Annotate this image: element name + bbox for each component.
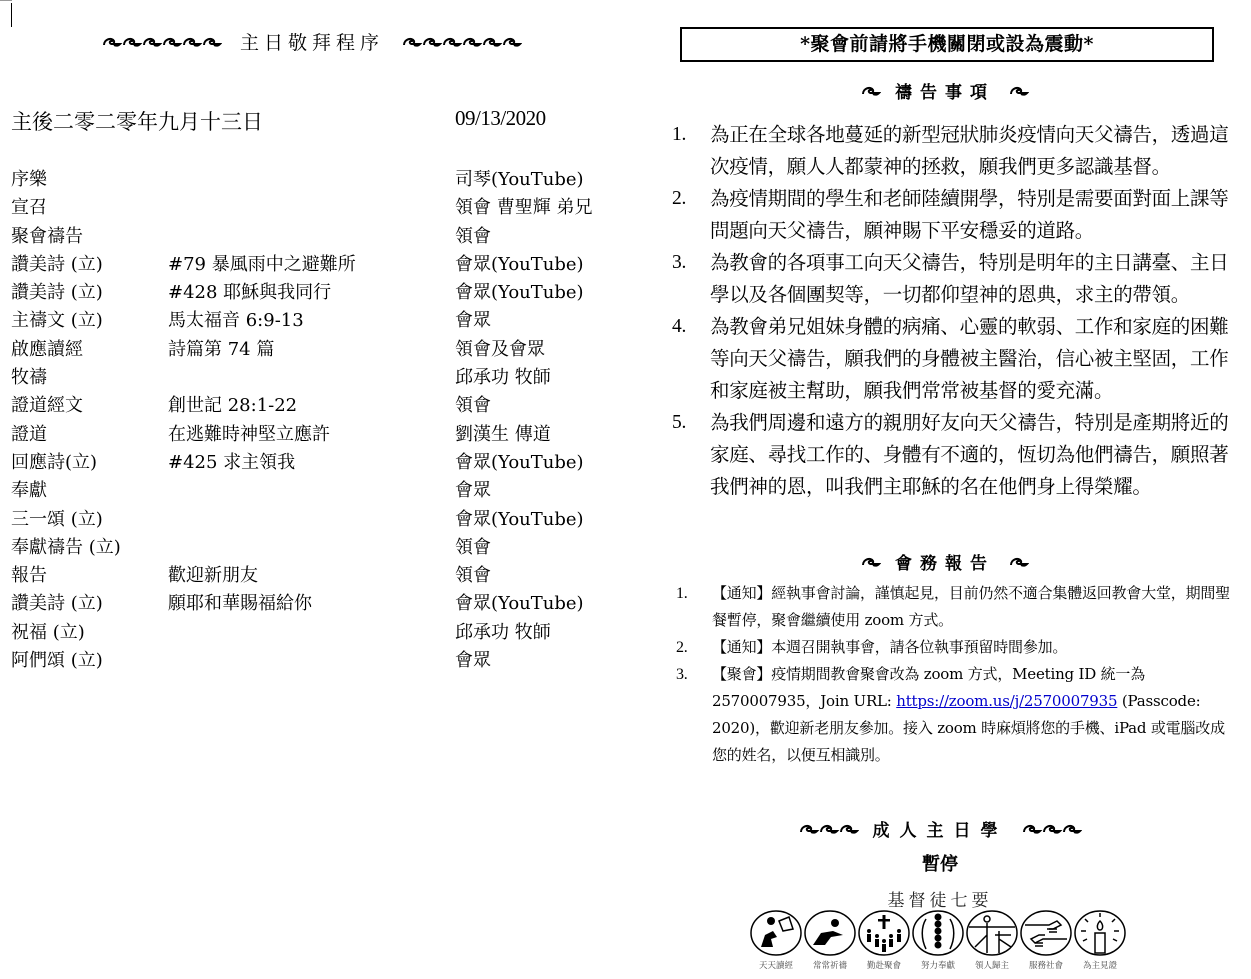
scroll-ornament-icon bbox=[102, 35, 222, 49]
program-item: 報告 bbox=[11, 562, 47, 590]
program-row: 三一頌 (立)會眾(YouTube) bbox=[11, 506, 631, 534]
affairs-text: 【通知】本週召開執事會，請各位執事預留時間參加。 bbox=[712, 638, 1067, 656]
phone-notice-box: *聚會前請將手機關閉或設為震動* bbox=[680, 27, 1214, 62]
program-row: 奉獻會眾 bbox=[11, 477, 631, 505]
program-item: 奉獻 bbox=[11, 477, 47, 505]
program-content: 詩篇第 74 篇 bbox=[168, 336, 274, 364]
program-row: 祝福 (立)邱承功 牧師 bbox=[11, 619, 631, 647]
affairs-title: 會務報告 bbox=[895, 549, 995, 574]
program-leader: 領會及會眾 bbox=[455, 336, 545, 364]
program-leader: 會眾 bbox=[455, 647, 491, 675]
essential-item: 勤赴聚會 bbox=[857, 909, 911, 971]
program-leader: 邱承功 牧師 bbox=[455, 619, 551, 647]
program-leader: 會眾(YouTube) bbox=[455, 279, 584, 307]
bulletin-page: 主日敬拜程序 主後二零二零年九月十三日 09/13/2020 序樂司琴(YouT… bbox=[0, 0, 1251, 979]
program-row: 讚美詩 (立)#79 暴風雨中之避難所會眾(YouTube) bbox=[11, 251, 631, 279]
program-item: 宣召 bbox=[11, 194, 47, 222]
program-item: 回應詩(立) bbox=[11, 449, 97, 477]
program-content: 馬太福音 6:9-13 bbox=[168, 307, 304, 335]
essential-label: 領人歸主 bbox=[975, 959, 1009, 971]
essential-item: 領人歸主 bbox=[965, 909, 1019, 971]
essential-label: 常常祈禱 bbox=[813, 959, 847, 971]
prayer-text: 為教會的各項事工向天父禱告，特別是明年的主日講臺、主日學以及各個團契等，一切都仰… bbox=[710, 251, 1228, 306]
program-leader: 會眾(YouTube) bbox=[455, 251, 584, 279]
program-leader: 會眾(YouTube) bbox=[455, 449, 584, 477]
prayer-item: 2.為疫情期間的學生和老師陸續開學，特別是需要面對面上課等問題向天父禱告，願神賜… bbox=[672, 183, 1247, 247]
essential-item: 常常祈禱 bbox=[803, 909, 857, 971]
evangelism-icon bbox=[965, 909, 1019, 957]
affairs-item: 3.【聚會】疫情期間教會聚會改為 zoom 方式，Meeting ID 統一為 … bbox=[676, 661, 1236, 769]
item-number: 1. bbox=[676, 580, 688, 607]
program-item: 牧禱 bbox=[11, 364, 47, 392]
reading-bible-icon bbox=[749, 909, 803, 957]
program-leader: 會眾 bbox=[455, 307, 491, 335]
scroll-ornament-icon bbox=[1009, 555, 1029, 569]
program-item: 讚美詩 (立) bbox=[11, 279, 103, 307]
prayer-list: 1.為正在全球各地蔓延的新型冠狀肺炎疫情向天父禱告，透過這次疫情，願人人都蒙神的… bbox=[672, 119, 1247, 503]
program-row: 宣召領會 曹聖輝 弟兄 bbox=[11, 194, 631, 222]
program-item: 啟應讀經 bbox=[11, 336, 83, 364]
program-item: 序樂 bbox=[11, 166, 47, 194]
scroll-ornament-icon bbox=[861, 84, 881, 98]
gathering-icon bbox=[857, 909, 911, 957]
program-row: 阿們頌 (立)會眾 bbox=[11, 647, 631, 675]
scroll-ornament-icon bbox=[402, 35, 522, 49]
program-content: 歡迎新朋友 bbox=[168, 562, 258, 590]
program-row: 報告歡迎新朋友領會 bbox=[11, 562, 631, 590]
essential-item: 天天讀經 bbox=[749, 909, 803, 971]
zoom-join-link[interactable]: https://zoom.us/j/2570007935 bbox=[896, 692, 1117, 710]
program-row: 牧禱邱承功 牧師 bbox=[11, 364, 631, 392]
affairs-list: 1.【通知】經執事會討論，謹慎起見，目前仍然不適合集體返回教會大堂，期間聖餐暫停… bbox=[676, 580, 1236, 769]
program-item: 主禱文 (立) bbox=[11, 307, 103, 335]
program-row: 證道在逃難時神堅立應許劉漢生 傳道 bbox=[11, 421, 631, 449]
program-item: 讚美詩 (立) bbox=[11, 590, 103, 618]
worship-order-heading: 主日敬拜程序 bbox=[100, 28, 524, 55]
prayer-item: 5.為我們周邊和遠方的親朋好友向天父禱告，特別是產期將近的家庭、尋找工作的、身體… bbox=[672, 407, 1247, 503]
sunday-school-status: 暫停 bbox=[740, 850, 1140, 876]
item-number: 2. bbox=[672, 183, 686, 215]
item-number: 1. bbox=[672, 119, 686, 151]
scroll-ornament-icon bbox=[1009, 84, 1029, 98]
essential-label: 服務社會 bbox=[1029, 959, 1063, 971]
sunday-school-title: 成人主日學 bbox=[873, 816, 1008, 841]
program-item: 阿們頌 (立) bbox=[11, 647, 103, 675]
prayer-item: 3.為教會的各項事工向天父禱告，特別是明年的主日講臺、主日學以及各個團契等，一切… bbox=[672, 247, 1247, 311]
item-number: 2. bbox=[676, 634, 688, 661]
scroll-ornament-icon bbox=[1022, 822, 1082, 836]
program-leader: 會眾(YouTube) bbox=[455, 590, 584, 618]
program-leader: 司琴(YouTube) bbox=[455, 166, 584, 194]
sunday-school-heading: 成人主日學 bbox=[740, 816, 1140, 841]
date-chinese: 主後二零二零年九月十三日 bbox=[11, 106, 263, 136]
scroll-ornament-icon bbox=[861, 555, 881, 569]
program-row: 聚會禱告領會 bbox=[11, 223, 631, 251]
program-row: 回應詩(立)#425 求主領我會眾(YouTube) bbox=[11, 449, 631, 477]
service-icon bbox=[1019, 909, 1073, 957]
affairs-heading: 會務報告 bbox=[680, 549, 1210, 574]
prayer-text: 為教會弟兄姐妹身體的病痛、心靈的軟弱、工作和家庭的困難等向天父禱告，願我們的身體… bbox=[710, 315, 1228, 402]
prayer-text: 為疫情期間的學生和老師陸續開學，特別是需要面對面上課等問題向天父禱告，願神賜下平… bbox=[710, 187, 1228, 242]
program-row: 主禱文 (立)馬太福音 6:9-13會眾 bbox=[11, 307, 631, 335]
program-leader: 領會 bbox=[455, 223, 491, 251]
program-content: #428 耶穌與我同行 bbox=[168, 279, 331, 307]
page-title: 主日敬拜程序 bbox=[240, 28, 384, 55]
program-row: 奉獻禱告 (立)領會 bbox=[11, 534, 631, 562]
program-content: 創世記 28:1-22 bbox=[168, 392, 297, 420]
item-number: 3. bbox=[676, 661, 688, 688]
prayer-title: 禱告事項 bbox=[895, 78, 995, 103]
essential-label: 努力奉獻 bbox=[921, 959, 955, 971]
program-row: 序樂司琴(YouTube) bbox=[11, 166, 631, 194]
scroll-ornament-icon bbox=[799, 822, 859, 836]
item-number: 3. bbox=[672, 247, 686, 279]
offering-icon bbox=[911, 909, 965, 957]
program-leader: 領會 bbox=[455, 562, 491, 590]
seven-essentials-icons: 天天讀經 常常祈禱 勤赴聚會 努力奉獻 領人歸主 服務社會 為主見證 bbox=[749, 909, 1127, 971]
program-leader: 劉漢生 傳道 bbox=[455, 421, 551, 449]
affairs-item: 2.【通知】本週召開執事會，請各位執事預留時間參加。 bbox=[676, 634, 1236, 661]
program-item: 聚會禱告 bbox=[11, 223, 83, 251]
prayer-heading: 禱告事項 bbox=[680, 78, 1210, 103]
program-leader: 領會 bbox=[455, 392, 491, 420]
page-corner-mark bbox=[0, 0, 12, 1]
program-item: 祝福 (立) bbox=[11, 619, 85, 647]
program-content: 在逃難時神堅立應許 bbox=[168, 421, 330, 449]
prayer-text: 為正在全球各地蔓延的新型冠狀肺炎疫情向天父禱告，透過這次疫情，願人人都蒙神的拯救… bbox=[710, 123, 1228, 178]
program-content: #425 求主領我 bbox=[168, 449, 295, 477]
program-leader: 領會 曹聖輝 弟兄 bbox=[455, 194, 592, 222]
item-number: 5. bbox=[672, 407, 686, 439]
program-row: 讚美詩 (立)願耶和華賜福給你會眾(YouTube) bbox=[11, 590, 631, 618]
text-cursor bbox=[11, 3, 12, 27]
program-list: 序樂司琴(YouTube) 宣召領會 曹聖輝 弟兄 聚會禱告領會 讚美詩 (立)… bbox=[11, 166, 631, 675]
program-content: #79 暴風雨中之避難所 bbox=[168, 251, 356, 279]
program-content: 願耶和華賜福給你 bbox=[168, 590, 312, 618]
essential-label: 為主見證 bbox=[1083, 959, 1117, 971]
service-date: 主後二零二零年九月十三日 09/13/2020 bbox=[11, 106, 611, 136]
affairs-item: 1.【通知】經執事會討論，謹慎起見，目前仍然不適合集體返回教會大堂，期間聖餐暫停… bbox=[676, 580, 1236, 634]
program-leader: 會眾(YouTube) bbox=[455, 506, 584, 534]
candle-witness-icon bbox=[1073, 909, 1127, 957]
prayer-text: 為我們周邊和遠方的親朋好友向天父禱告，特別是產期將近的家庭、尋找工作的、身體有不… bbox=[710, 411, 1228, 498]
program-row: 證道經文創世記 28:1-22領會 bbox=[11, 392, 631, 420]
program-item: 讚美詩 (立) bbox=[11, 251, 103, 279]
program-item: 三一頌 (立) bbox=[11, 506, 103, 534]
program-item: 證道經文 bbox=[11, 392, 83, 420]
item-number: 4. bbox=[672, 311, 686, 343]
essential-label: 天天讀經 bbox=[759, 959, 793, 971]
essential-item: 為主見證 bbox=[1073, 909, 1127, 971]
program-item: 證道 bbox=[11, 421, 47, 449]
affairs-text: 【通知】經執事會討論，謹慎起見，目前仍然不適合集體返回教會大堂，期間聖餐暫停，聚… bbox=[712, 584, 1230, 629]
essential-label: 勤赴聚會 bbox=[867, 959, 901, 971]
seven-essentials-title: 基督徒七要 bbox=[740, 886, 1140, 911]
program-leader: 領會 bbox=[455, 534, 491, 562]
prayer-item: 4.為教會弟兄姐妹身體的病痛、心靈的軟弱、工作和家庭的困難等向天父禱告，願我們的… bbox=[672, 311, 1247, 407]
program-row: 啟應讀經詩篇第 74 篇領會及會眾 bbox=[11, 336, 631, 364]
essential-item: 努力奉獻 bbox=[911, 909, 965, 971]
program-row: 讚美詩 (立)#428 耶穌與我同行會眾(YouTube) bbox=[11, 279, 631, 307]
essential-item: 服務社會 bbox=[1019, 909, 1073, 971]
date-numeric: 09/13/2020 bbox=[455, 106, 546, 131]
praying-icon bbox=[803, 909, 857, 957]
program-item: 奉獻禱告 (立) bbox=[11, 534, 121, 562]
prayer-item: 1.為正在全球各地蔓延的新型冠狀肺炎疫情向天父禱告，透過這次疫情，願人人都蒙神的… bbox=[672, 119, 1247, 183]
program-leader: 會眾 bbox=[455, 477, 491, 505]
program-leader: 邱承功 牧師 bbox=[455, 364, 551, 392]
